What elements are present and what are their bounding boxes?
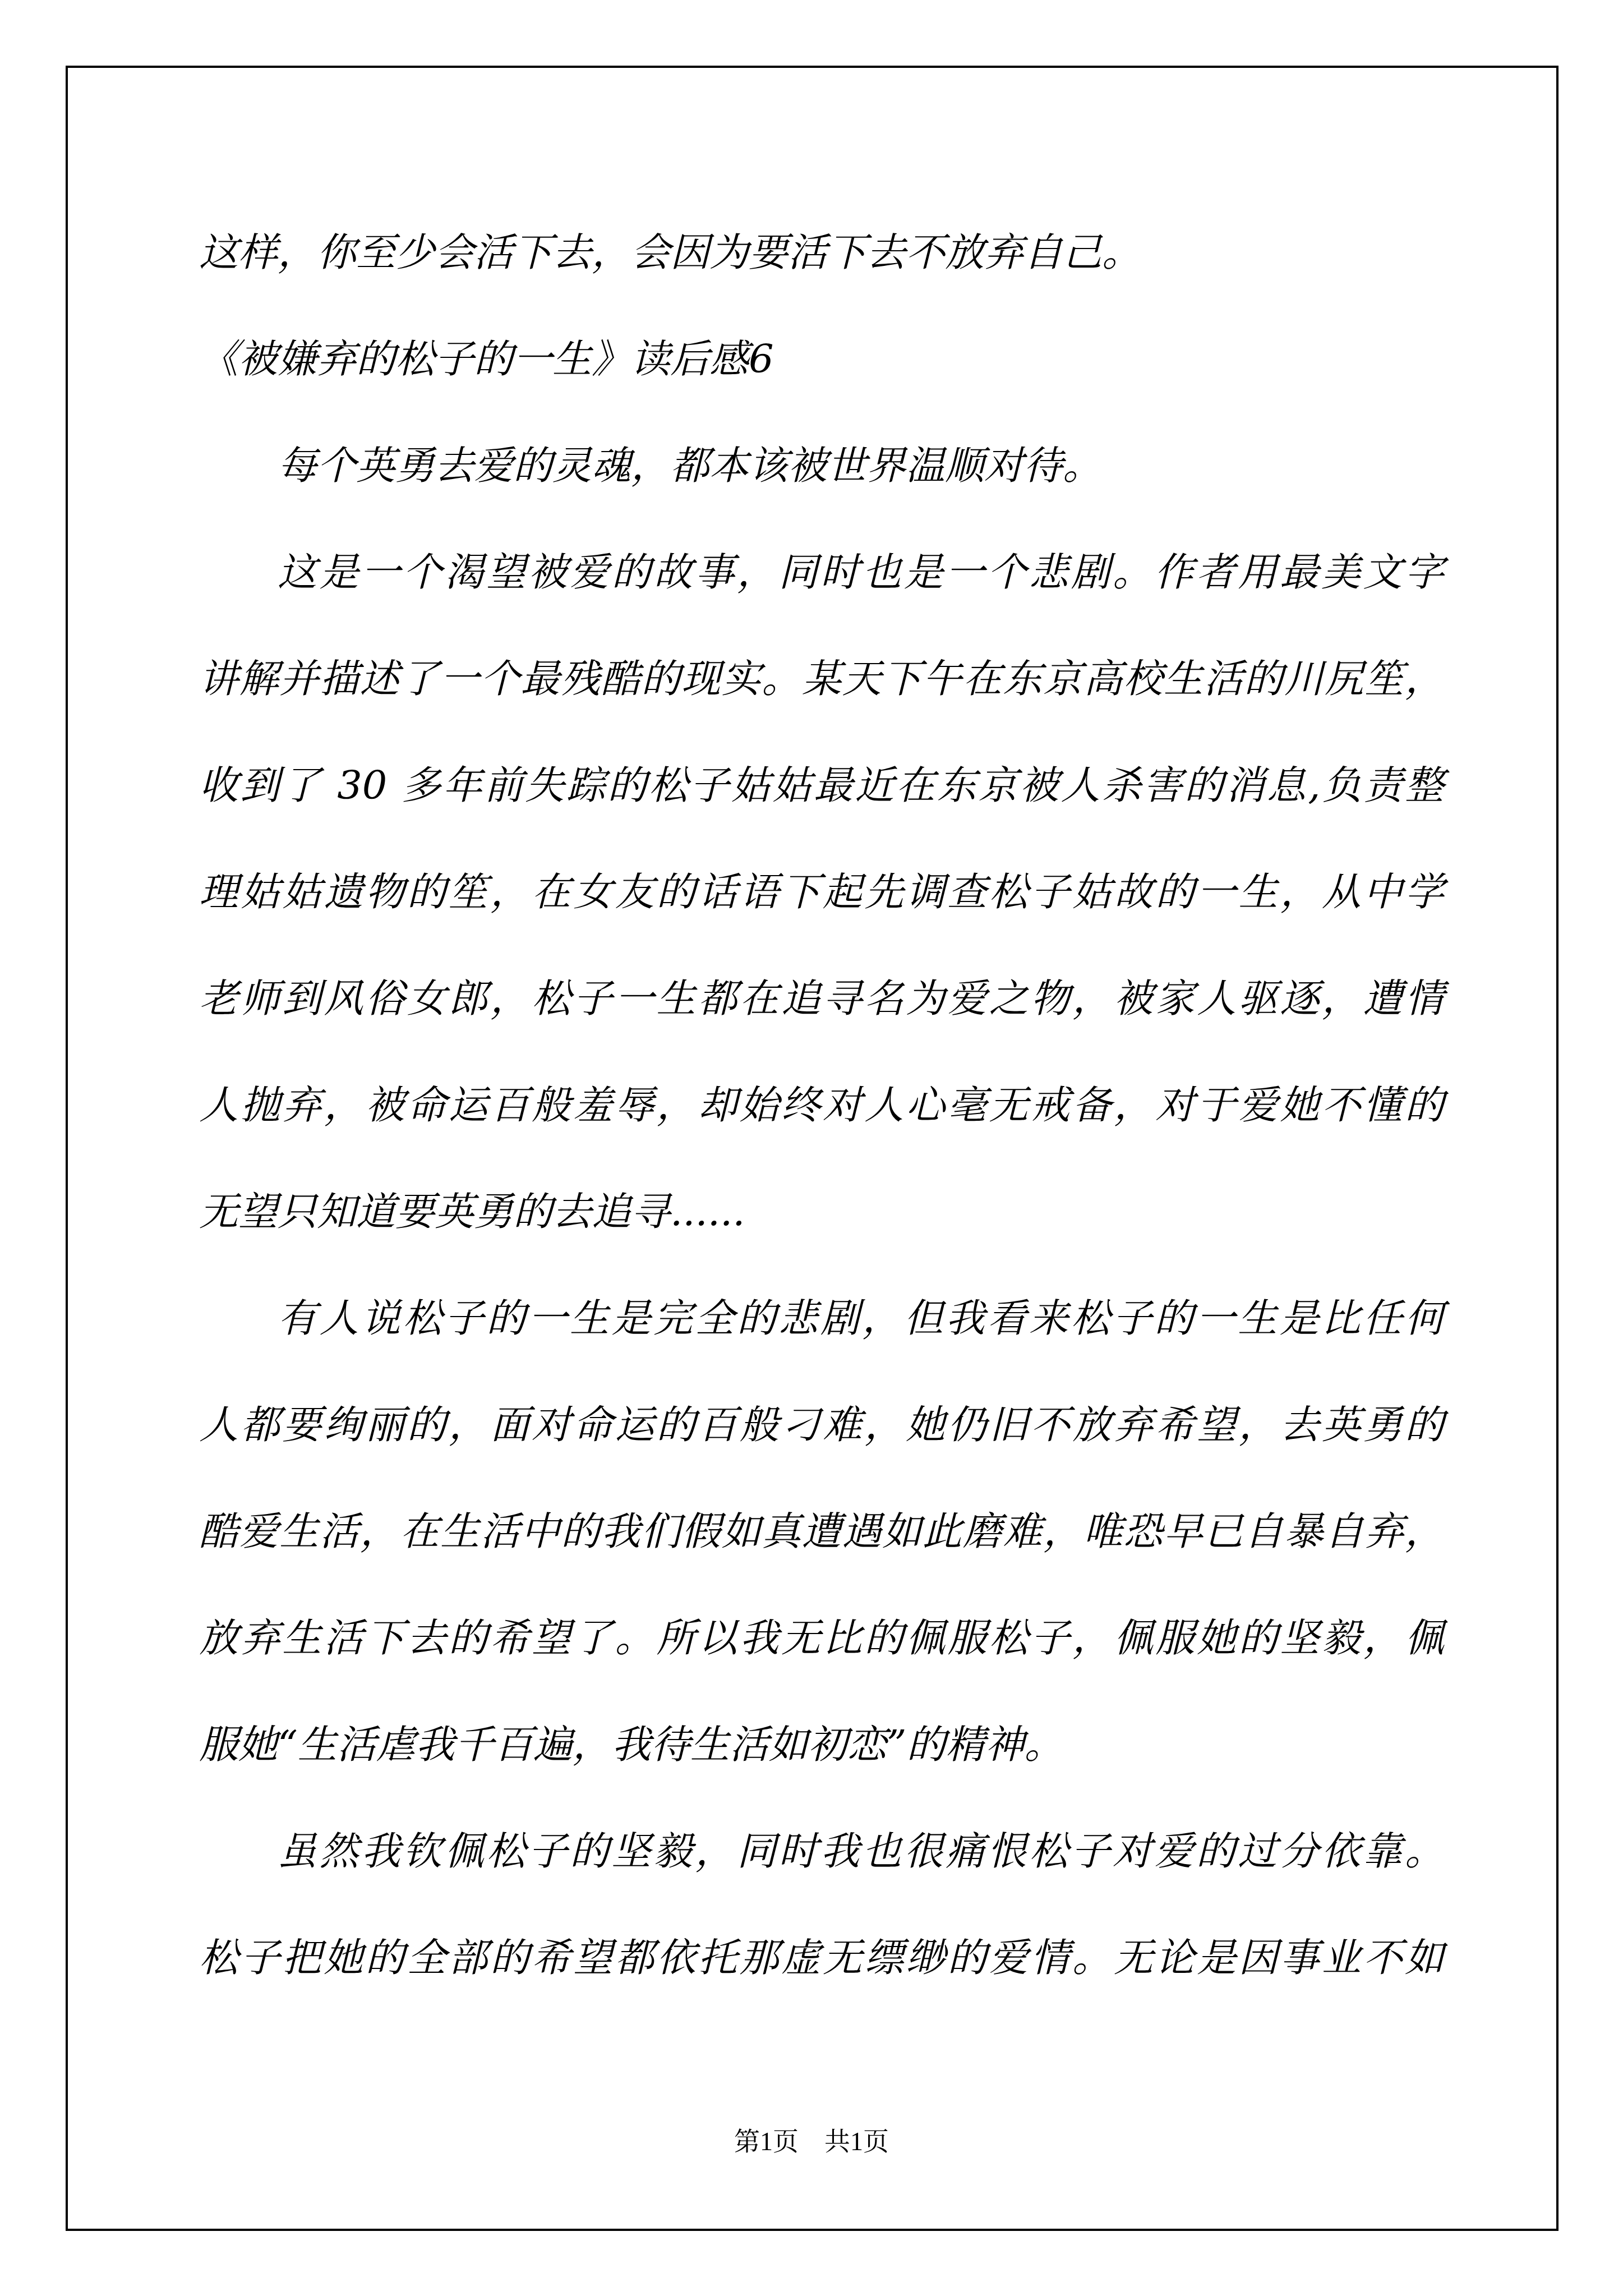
text-line: 人都要绚丽的，面对命运的百般刁难，她仍旧不放弃希望，去英勇的 <box>199 1372 1444 1478</box>
text-line: 收到了 30 多年前失踪的松子姑姑最近在东京被人杀害的消息,负责整 <box>199 732 1444 839</box>
text-line: 这是一个渴望被爱的故事，同时也是一个悲剧。作者用最美文字 <box>199 519 1444 625</box>
text-line: 老师到风俗女郎，松子一生都在追寻名为爱之物，被家人驱逐，遭情 <box>199 945 1444 1052</box>
page-number-footer: 第1页 共1页 <box>0 2125 1623 2159</box>
paragraph-end-line: 这样，你至少会活下去，会因为要活下去不放弃自己。 <box>199 199 1444 306</box>
paragraph-end-line: 服她“生活虐我千百遍，我待生活如初恋”的精神。 <box>199 1691 1444 1798</box>
text-line: 虽然我钦佩松子的坚毅，同时我也很痛恨松子对爱的过分依靠。 <box>199 1798 1444 1904</box>
text-line: 理姑姑遗物的笙，在女友的话语下起先调查松子姑故的一生，从中学 <box>199 839 1444 945</box>
text-line: 有人说松子的一生是完全的悲剧，但我看来松子的一生是比任何 <box>199 1265 1444 1372</box>
document-page: 这样，你至少会活下去，会因为要活下去不放弃自己。《被嫌弃的松子的一生》读后感6每… <box>0 0 1623 2296</box>
essay-title-line: 《被嫌弃的松子的一生》读后感6 <box>199 306 1444 412</box>
text-line: 每个英勇去爱的灵魂，都本该被世界温顺对待。 <box>199 412 1444 519</box>
text-line: 人抛弃，被命运百般羞辱，却始终对人心毫无戒备，对于爱她不懂的 <box>199 1052 1444 1158</box>
text-line: 放弃生活下去的希望了。所以我无比的佩服松子，佩服她的坚毅，佩 <box>199 1585 1444 1691</box>
paragraph-end-line: 无望只知道要英勇的去追寻...... <box>199 1158 1444 1265</box>
text-line: 讲解并描述了一个最残酷的现实。某天下午在东京高校生活的川尻笙， <box>199 625 1444 732</box>
text-line: 酷爱生活，在生活中的我们假如真遭遇如此磨难，唯恐早已自暴自弃， <box>199 1478 1444 1585</box>
text-line: 松子把她的全部的希望都依托那虚无缥缈的爱情。无论是因事业不如 <box>199 1904 1444 2011</box>
document-body: 这样，你至少会活下去，会因为要活下去不放弃自己。《被嫌弃的松子的一生》读后感6每… <box>199 199 1444 2011</box>
